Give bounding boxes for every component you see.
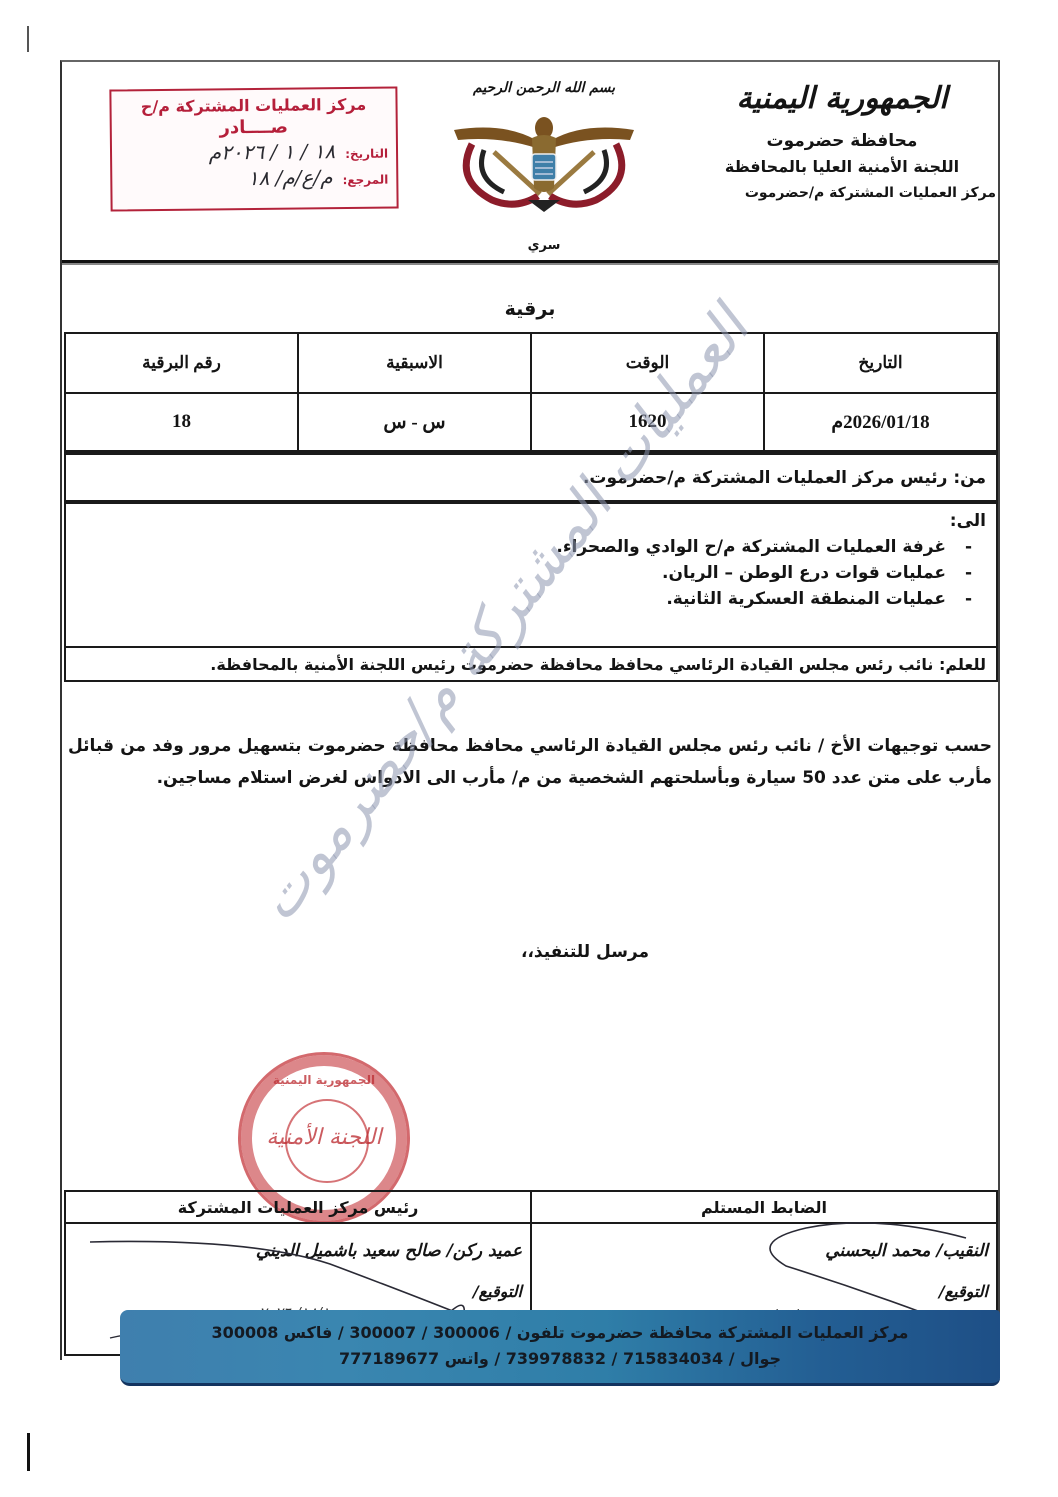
recipient-list: -غرفة العمليات المشتركة م/ح الوادي والصح… [76,534,986,612]
recipient-name: عمليات قوات درع الوطن – الريان. [662,563,946,583]
to-box: الى: -غرفة العمليات المشتركة م/ح الوادي … [64,502,998,648]
emblem-block: بسم الله الرحمن الرحيم سري [434,76,654,253]
column-header-telegram-number: رقم البرقية [65,333,298,393]
security-committee-name: اللجنة الأمنية العليا بالمحافظة [692,154,992,180]
stamp-subtitle: صــــادر [112,116,396,140]
scan-edge-mark [27,1433,30,1471]
document-frame: الجمهورية اليمنية محافظة حضرموت اللجنة ا… [60,60,1000,1360]
bullet-dash-icon: - [965,560,972,586]
government-heading: الجمهورية اليمنية محافظة حضرموت اللجنة ا… [692,76,992,206]
table-header-row: التاريخ الوقت الاسبقية رقم البرقية [65,333,997,393]
receiver-sign-label: التوقيع/ [540,1282,988,1301]
basmala: بسم الله الرحمن الرحيم [434,76,654,100]
bullet-dash-icon: - [965,586,972,612]
footer-phones: مركز العمليات المشتركة محافظة حضرموت تلف… [120,1320,1000,1346]
footer-mobiles: جوال / 715834034 / 739978832 / واتس 7771… [120,1346,1000,1372]
seal-subtext: اللجنة الأمنية [241,1125,407,1150]
cell-time: 1620 [531,393,764,451]
list-item: -عمليات قوات درع الوطن – الريان. [76,560,986,586]
director-name: عميد ركن/ صالح سعيد باشميل الديني [74,1236,522,1266]
stamp-ref-label: المرجع: [342,173,388,187]
republic-name: الجمهورية اليمنية [692,76,992,122]
column-header-time: الوقت [531,333,764,393]
scan-edge-mark [27,26,29,52]
classification-label: سري [434,238,654,253]
seal-text: الجمهورية اليمنية [241,1073,407,1087]
receiver-name: النقيب/ محمد البحسني [540,1236,988,1266]
receiver-heading: الضابط المستلم [531,1191,997,1223]
recipient-name: غرفة العمليات المشتركة م/ح الوادي والصحر… [556,537,946,557]
cell-telegram-number: 18 [65,393,298,451]
outgoing-stamp: مركز العمليات المشتركة م/ح صــــادر التا… [109,86,398,211]
telegram-info-table: التاريخ الوقت الاسبقية رقم البرقية 2026/… [64,332,998,452]
stamp-ref-row: المرجع: م/ع/م/ ١٨ [112,165,396,192]
director-heading: رئيس مركز العمليات المشتركة [65,1191,531,1223]
cell-date: 2026/01/18م [764,393,997,451]
message-body: حسب توجيهات الأخ / نائب رئس مجلس القيادة… [68,730,992,794]
stamp-date-value: ١٨ / ١ / ٢٠٢٦م [209,139,336,164]
operations-center-name: مركز العمليات المشتركة م/حضرموت [692,180,996,206]
column-header-priority: الاسبقية [298,333,531,393]
letterhead: الجمهورية اليمنية محافظة حضرموت اللجنة ا… [62,62,998,262]
stamp-title: مركز العمليات المشتركة م/ح [111,95,395,117]
table-row: 2026/01/18م 1620 س - س 18 [65,393,997,451]
recipient-name: عمليات المنطقة العسكرية الثانية. [666,589,946,609]
stamp-date-label: التاريخ: [345,147,388,161]
cell-priority: س - س [298,393,531,451]
from-line: من: رئيس مركز العمليات المشتركة م/حضرموت… [76,465,986,491]
list-item: -غرفة العمليات المشتركة م/ح الوادي والصح… [76,534,986,560]
signature-header-row: الضابط المستلم رئيس مركز العمليات المشتر… [65,1191,997,1223]
cc-line: للعلم: نائب رئس مجلس القيادة الرئاسي محا… [76,652,986,678]
stamp-ref-value: م/ع/م/ ١٨ [248,165,333,190]
header-divider [62,260,998,265]
from-box: من: رئيس مركز العمليات المشتركة م/حضرموت… [64,452,998,502]
seal-inner-ring [285,1099,369,1183]
bullet-dash-icon: - [965,534,972,560]
contact-footer: مركز العمليات المشتركة محافظة حضرموت تلف… [120,1310,1000,1386]
closing-line: مرسل للتنفيذ،، [62,942,998,962]
yemen-eagle-emblem-icon [444,100,644,220]
list-item: -عمليات المنطقة العسكرية الثانية. [76,586,986,612]
stamp-date-row: التاريخ: ١٨ / ١ / ٢٠٢٦م [112,139,396,166]
governorate-name: محافظة حضرموت [692,128,992,154]
cc-box: للعلم: نائب رئس مجلس القيادة الرئاسي محا… [64,646,998,682]
director-sign-label: التوقيع/ [74,1282,522,1301]
to-label: الى: [76,508,986,534]
document-title: برقية [62,298,998,320]
column-header-date: التاريخ [764,333,997,393]
